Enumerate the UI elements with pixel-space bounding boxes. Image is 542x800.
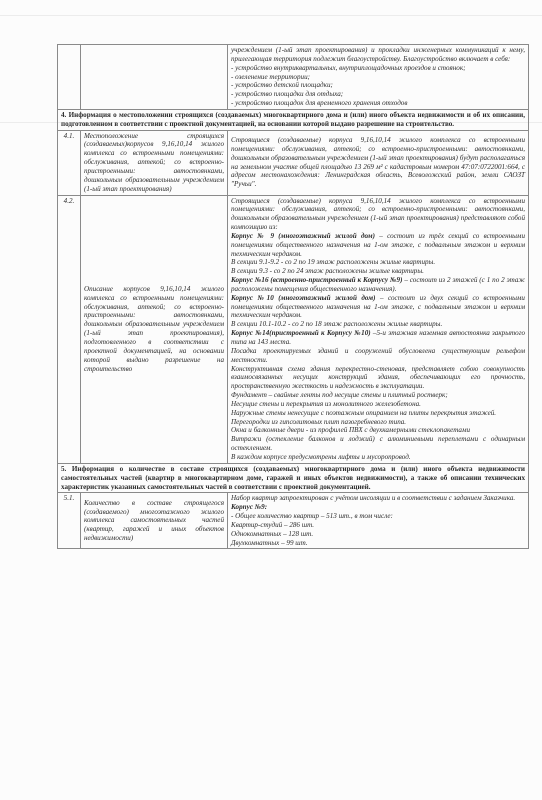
improvement-item: - озеленение территории; [231,73,525,82]
buildings-list: Корпус № 9 (многоэтажный жилой дом) – со… [231,232,525,347]
construction-detail: Конструктивная схема здания перекрестно-… [231,365,525,392]
row-value: Строящиеся (создаваемые) корпуса 9,16,10… [228,130,529,195]
construction-detail: Фундамент – свайные ленты под несущие ст… [231,391,525,400]
building-title: Корпус №16 (встроенно-пристроенный к Кор… [231,276,402,284]
row-number: 5.1. [58,493,81,549]
section-floors-note: В секции 10.1-10.2 - со 2 по 18 этаж рас… [231,320,525,329]
construction-detail: В каждом корпусе предусмотрены лифты и м… [231,453,525,462]
construction-details: Посадка проектируемых зданий и сооружени… [231,347,525,462]
row-number-cell [58,45,81,110]
construction-detail: Наружные стены ненесущие с поэтажным опи… [231,409,525,418]
apartments-one-room: Однокомнатных – 128 шт. [231,530,525,539]
row-value: Набор квартир запроектирован с учётом ин… [228,493,529,549]
row-label: Описание корпусов 9,16,10,14 жилого комп… [81,195,228,463]
row-number: 4.2. [58,195,81,463]
row-label: Местоположение строящихся (создаваемых)к… [81,130,228,195]
building-entry: Корпус № 9 (многоэтажный жилой дом) – со… [231,232,525,259]
declaration-table: учреждением (1-ый этап проектирования) и… [57,44,529,549]
section-5-heading: 5. Информация о количестве в составе стр… [58,463,529,493]
construction-detail: Перегородки из гипсолитовых плит пазогре… [231,418,525,427]
improvement-item: - устройство площадок для временного хра… [231,99,525,108]
improvement-item: - устройство детской площадки; [231,81,525,90]
row-label: Количество в составе строящегося (создав… [81,493,228,549]
section-floors-note: В секции 9.3 - со 2 по 24 этаж расположе… [231,267,525,276]
building-title: Корпус № 9 (многоэтажный жилой дом) [231,232,375,240]
construction-detail: Окна и балконные двери - из профилей ПВХ… [231,426,525,435]
construction-detail: Посадка проектируемых зданий и сооружени… [231,347,525,365]
improvement-text: учреждением (1-ый этап проектирования) и… [231,46,525,64]
table-row-4-1: 4.1. Местоположение строящихся (создавае… [58,130,529,195]
apartments-intro: Набор квартир запроектирован с учётом ин… [231,494,525,503]
document-page: учреждением (1-ый этап проектирования) и… [0,0,542,800]
construction-detail: Витражи (остекление балконов и лоджий) с… [231,435,525,453]
buildings-intro: Строящиеся (создаваемые) корпуса 9,16,10… [231,197,525,232]
section-4-heading: 4. Информация о местоположении строящихс… [58,109,529,130]
section-5-heading-row: 5. Информация о количестве в составе стр… [58,463,529,493]
building-entry: Корпус №14(пристроенный к Корпусу №10) –… [231,329,525,347]
improvement-item: - устройство внутриквартальных, внутрипл… [231,64,525,73]
location-description: Строящиеся (создаваемые) корпуса 9,16,10… [231,136,525,188]
table-row-continuation: учреждением (1-ый этап проектирования) и… [58,45,529,110]
building-title: Корпус №9: [231,503,525,512]
building-title: Корпус №10 (многоэтажный жилой дом) [231,294,375,302]
building-entry: Корпус №10 (многоэтажный жилой дом) – со… [231,294,525,321]
apartments-two-room: Двухкомнатных – 99 шт. [231,539,525,548]
row-value: Строящиеся (создаваемые) корпуса 9,16,10… [228,195,529,463]
section-4-heading-row: 4. Информация о местоположении строящихс… [58,109,529,130]
scan-artifact [0,15,542,16]
apartments-studios: Квартир-студий – 286 шт. [231,521,525,530]
table-row-5-1: 5.1. Количество в составе строящегося (с… [58,493,529,549]
row-number: 4.1. [58,130,81,195]
improvement-item: - устройство площадки для отдыха; [231,90,525,99]
section-floors-note: В секции 9.1-9.2 - со 2 по 19 этаж распо… [231,258,525,267]
row-value-cell: учреждением (1-ый этап проектирования) и… [228,45,529,110]
row-label-cell [81,45,228,110]
apartments-total: - Общее количество квартир – 513 шт., в … [231,512,525,521]
building-title: Корпус №14(пристроенный к Корпусу №10) [231,329,371,337]
building-entry: Корпус №16 (встроенно-пристроенный к Кор… [231,276,525,294]
construction-detail: Несущие стены и перекрытия из монолитног… [231,400,525,409]
table-row-4-2: 4.2. Описание корпусов 9,16,10,14 жилого… [58,195,529,463]
